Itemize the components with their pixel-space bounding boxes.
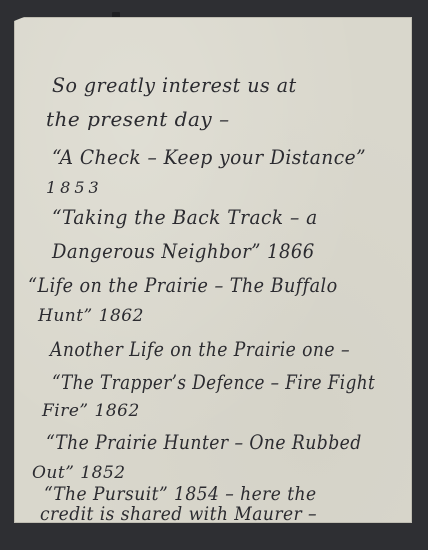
text-line-8: Hunt” 1862 [38, 306, 144, 326]
text-line-11: Fire” 1862 [42, 401, 140, 421]
text-line-10: “The Trapper’s Defence – Fire Fight [52, 370, 375, 394]
text-line-1: So greatly interest us at [52, 73, 297, 97]
text-line-9: Another Life on the Prairie one – [50, 337, 350, 361]
text-line-12: “The Prairie Hunter – One Rubbed [46, 430, 362, 454]
manuscript-page: So greatly interest us at the present da… [14, 17, 412, 523]
text-line-6: Dangerous Neighbor” 1866 [52, 239, 315, 263]
text-line-7: “Life on the Prairie – The Buffalo [28, 273, 338, 297]
text-line-4: 1853 [46, 178, 103, 197]
text-line-2: the present day – [46, 107, 230, 131]
text-line-13: Out” 1852 [32, 463, 126, 483]
text-line-5: “Taking the Back Track – a [52, 205, 318, 229]
text-line-3: “A Check – Keep your Distance” [52, 145, 366, 169]
text-line-14: “The Pursuit” 1854 – here the [44, 483, 317, 505]
text-line-15: credit is shared with Maurer – [40, 503, 317, 525]
